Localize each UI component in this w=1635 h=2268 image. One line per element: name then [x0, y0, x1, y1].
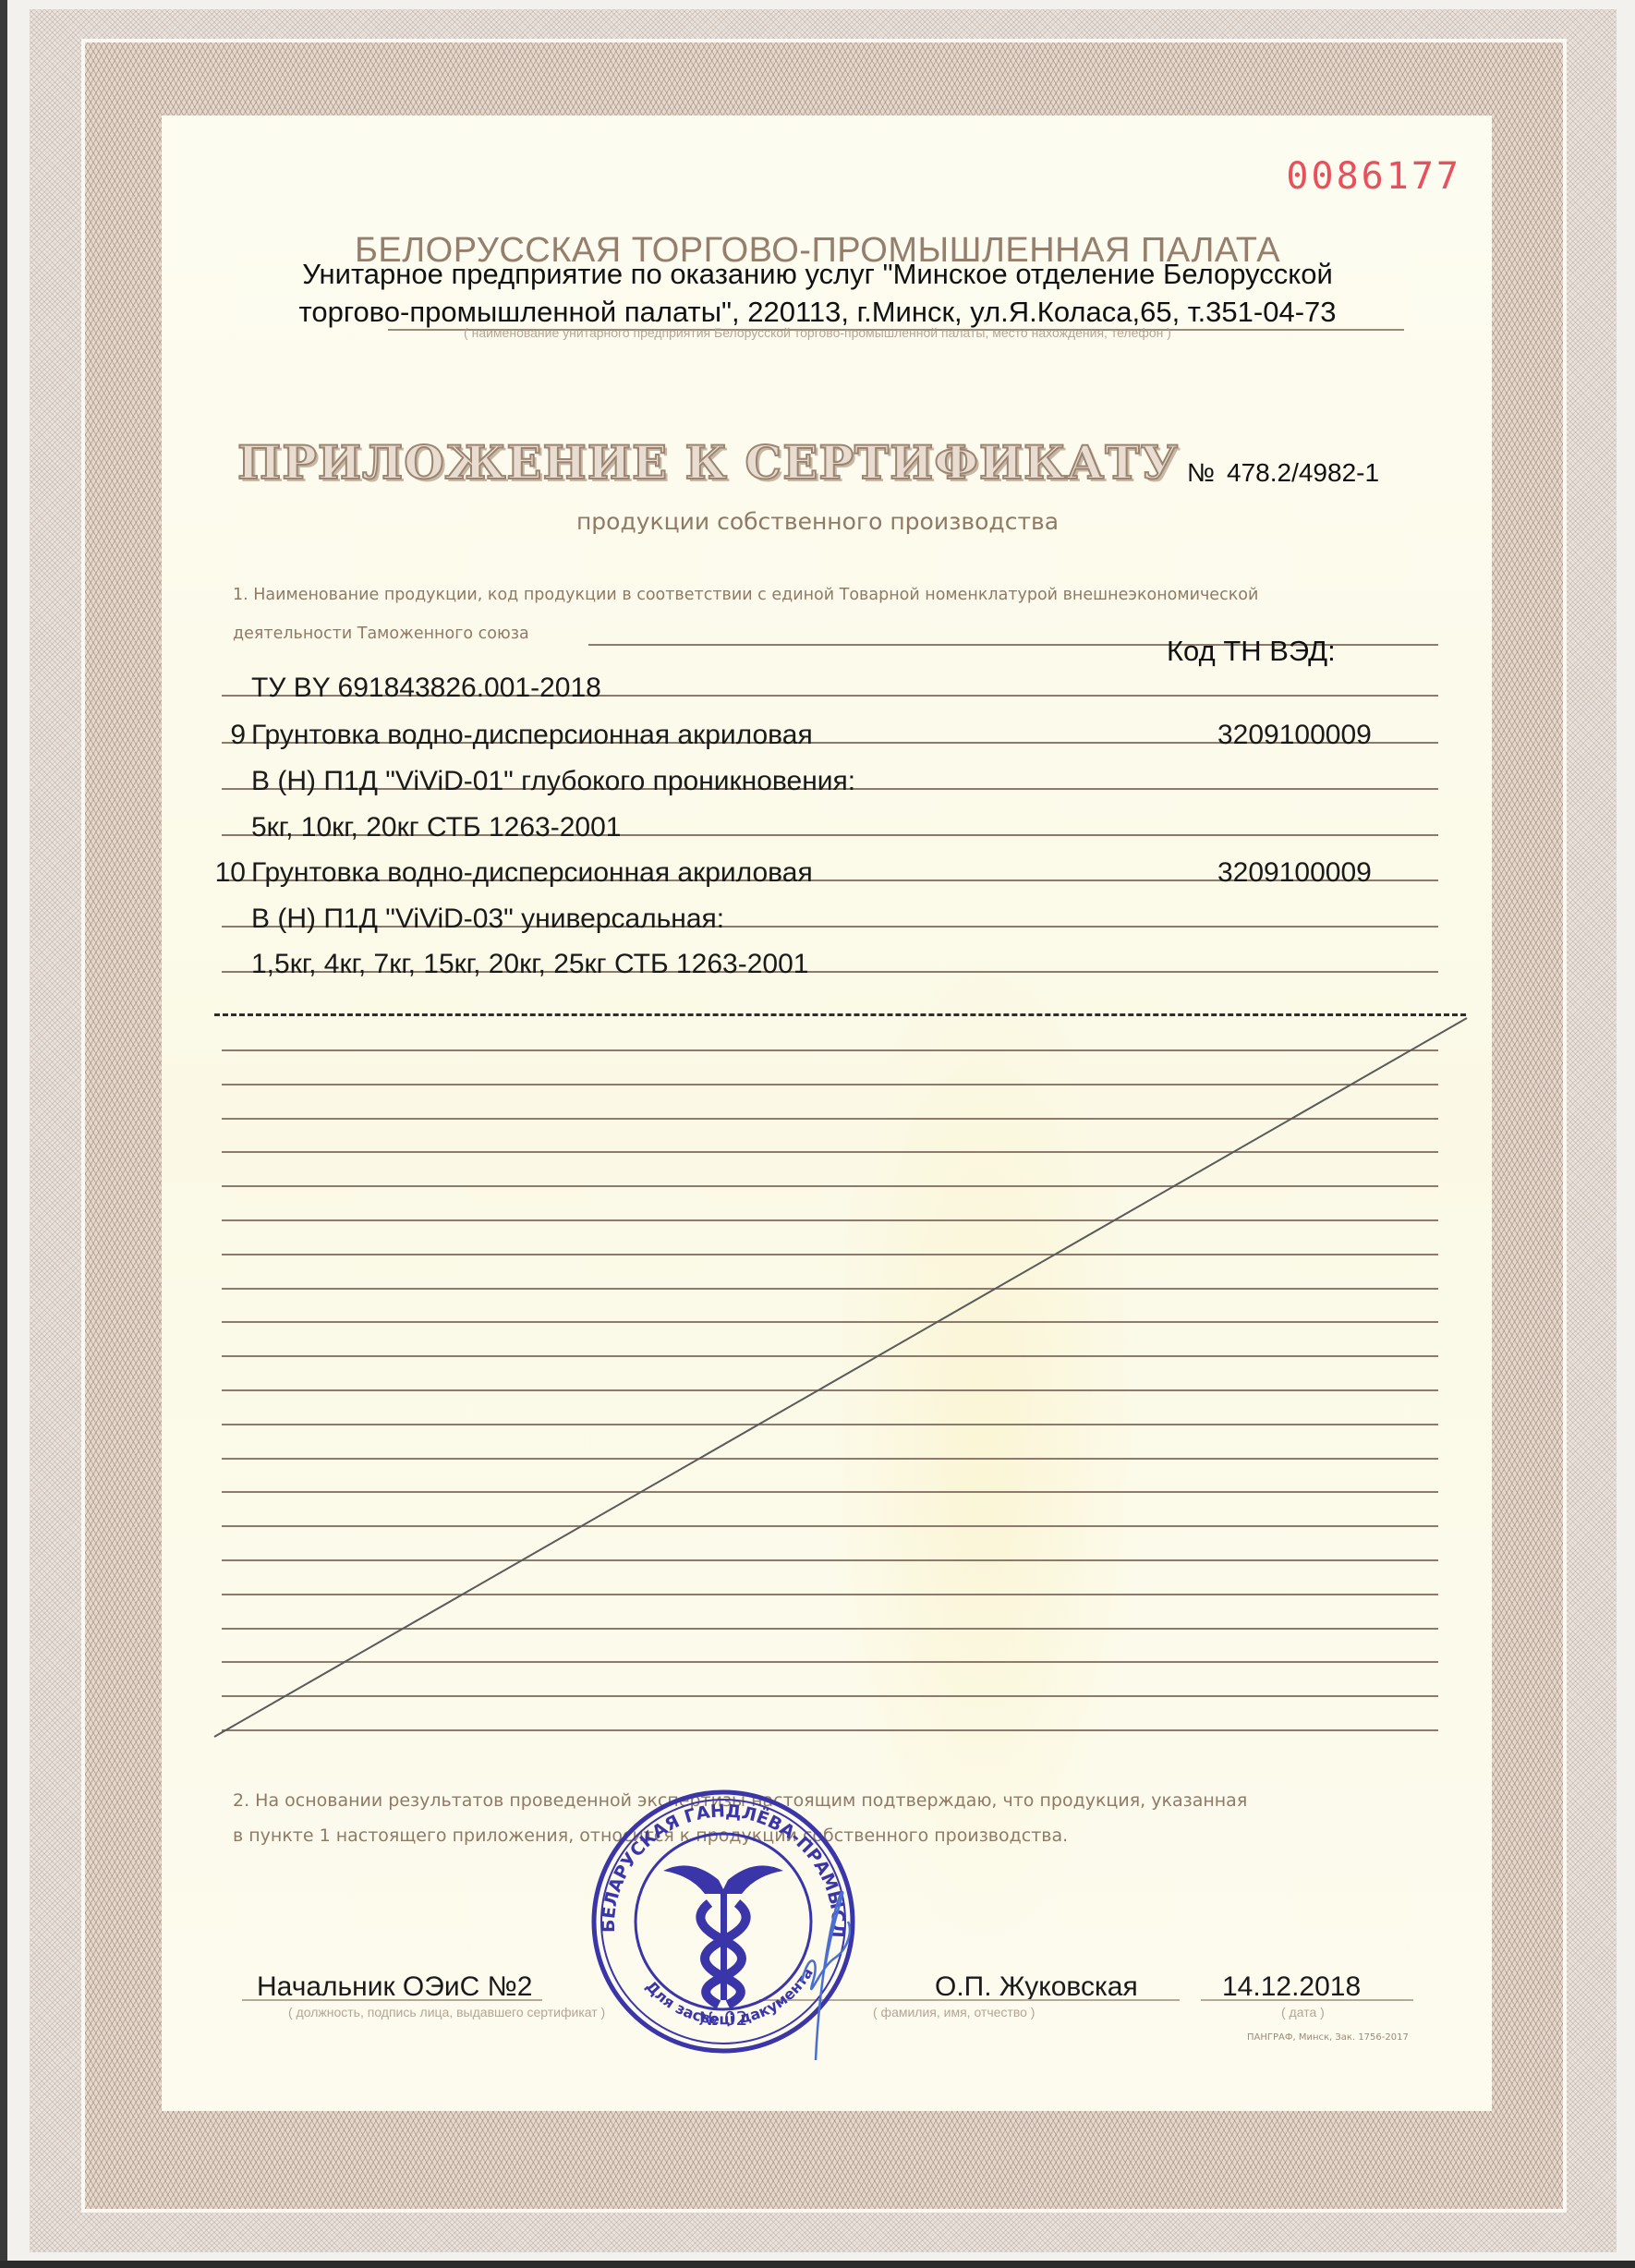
organization-line-1: Унитарное предприятие по оказанию услуг … [0, 258, 1635, 291]
scan-edge-bottom [0, 2261, 1635, 2268]
form-rule [222, 1288, 1438, 1290]
organization-caption: ( наименование унитарного предприятия Бе… [0, 325, 1635, 340]
form-rule [222, 1118, 1438, 1120]
form-rule [222, 1458, 1438, 1460]
signature-rule [1201, 1999, 1413, 2001]
form-rule [222, 1661, 1438, 1663]
tn-ved-code-label: Код ТН ВЭД: [1167, 635, 1336, 668]
certificate-number-label: № [1187, 458, 1215, 488]
spec-reference: ТУ BY 691843826.001-2018 [251, 673, 601, 704]
item-line: В (Н) П1Д "ViViD-03" универсальная: [251, 904, 724, 935]
end-of-list-dashed-line [214, 1013, 1466, 1016]
item-number: 9 [209, 720, 246, 751]
form-rule [222, 1491, 1438, 1493]
certificate-number: 478.2/4982-1 [1227, 458, 1379, 488]
form-rule [222, 1185, 1438, 1187]
organization-line-2: торгово-промышленной палаты", 220113, г.… [0, 296, 1635, 329]
form-rule [222, 1049, 1438, 1051]
signature-rule [242, 1999, 542, 2001]
form-rule [222, 1355, 1438, 1357]
signatory-position-caption: ( должность, подпись лица, выдавшего сер… [288, 2005, 605, 2019]
form-rule [222, 1151, 1438, 1153]
form-rule [222, 1254, 1438, 1255]
svg-text:БЕЛАРУСКАЯ ГАНДЛЁВА-ПРАМЫСЛОВА: БЕЛАРУСКАЯ ГАНДЛЁВА-ПРАМЫСЛОВАЯ ПАЛАТА [571, 1783, 848, 1938]
form-rule [222, 1389, 1438, 1391]
date-caption: ( дата ) [1281, 2005, 1325, 2019]
item-code: 3209100009 [1217, 857, 1372, 889]
svg-text:№ 02: № 02 [699, 2007, 748, 2030]
signatory-name-caption: ( фамилия, имя, отчество ) [873, 2005, 1035, 2019]
section1-heading-line2: деятельности Таможенного союза [233, 625, 529, 643]
form-rule [222, 1321, 1438, 1323]
printer-imprint: ПАНГРАФ, Минск, Зак. 1756-2017 [1247, 2032, 1409, 2043]
certificate-subtitle: продукции собственного производства [0, 508, 1635, 535]
form-rule [222, 1559, 1438, 1561]
item-line: Грунтовка водно-дисперсионная акриловая [251, 720, 813, 751]
item-line: 1,5кг, 4кг, 7кг, 15кг, 20кг, 25кг СТБ 12… [251, 949, 808, 980]
item-number: 10 [209, 857, 246, 889]
item-line: 5кг, 10кг, 20кг СТБ 1263-2001 [251, 812, 621, 843]
form-rule [222, 1525, 1438, 1527]
form-rule [222, 1219, 1438, 1221]
item-line: Грунтовка водно-дисперсионная акриловая [251, 857, 813, 889]
signatory-name: О.П. Жуковская [935, 1971, 1138, 2003]
form-rule [222, 1628, 1438, 1630]
item-code: 3209100009 [1217, 720, 1372, 751]
item-line: В (Н) П1Д "ViViD-01" глубокого проникнов… [251, 766, 855, 797]
serial-number: 0086177 [1286, 155, 1461, 198]
scan-edge-shadow [0, 0, 7, 2268]
annex-title: ПРИЛОЖЕНИЕ К СЕРТИФИКАТУ [237, 435, 1179, 490]
official-seal-stamp: БЕЛАРУСКАЯ ГАНДЛЁВА-ПРАМЫСЛОВАЯ ПАЛАТА Д… [571, 1783, 876, 2060]
signatory-position: Начальник ОЭиС №2 [257, 1971, 532, 2003]
signature-date: 14.12.2018 [1222, 1971, 1361, 2003]
form-rule [222, 1424, 1438, 1425]
caduceus-icon [663, 1865, 783, 2005]
form-rule [222, 1695, 1438, 1697]
form-rule [222, 1594, 1438, 1595]
form-rule [222, 1729, 1438, 1731]
section1-heading-line1: 1. Наименование продукции, код продукции… [233, 586, 1258, 604]
form-rule [222, 1084, 1438, 1085]
